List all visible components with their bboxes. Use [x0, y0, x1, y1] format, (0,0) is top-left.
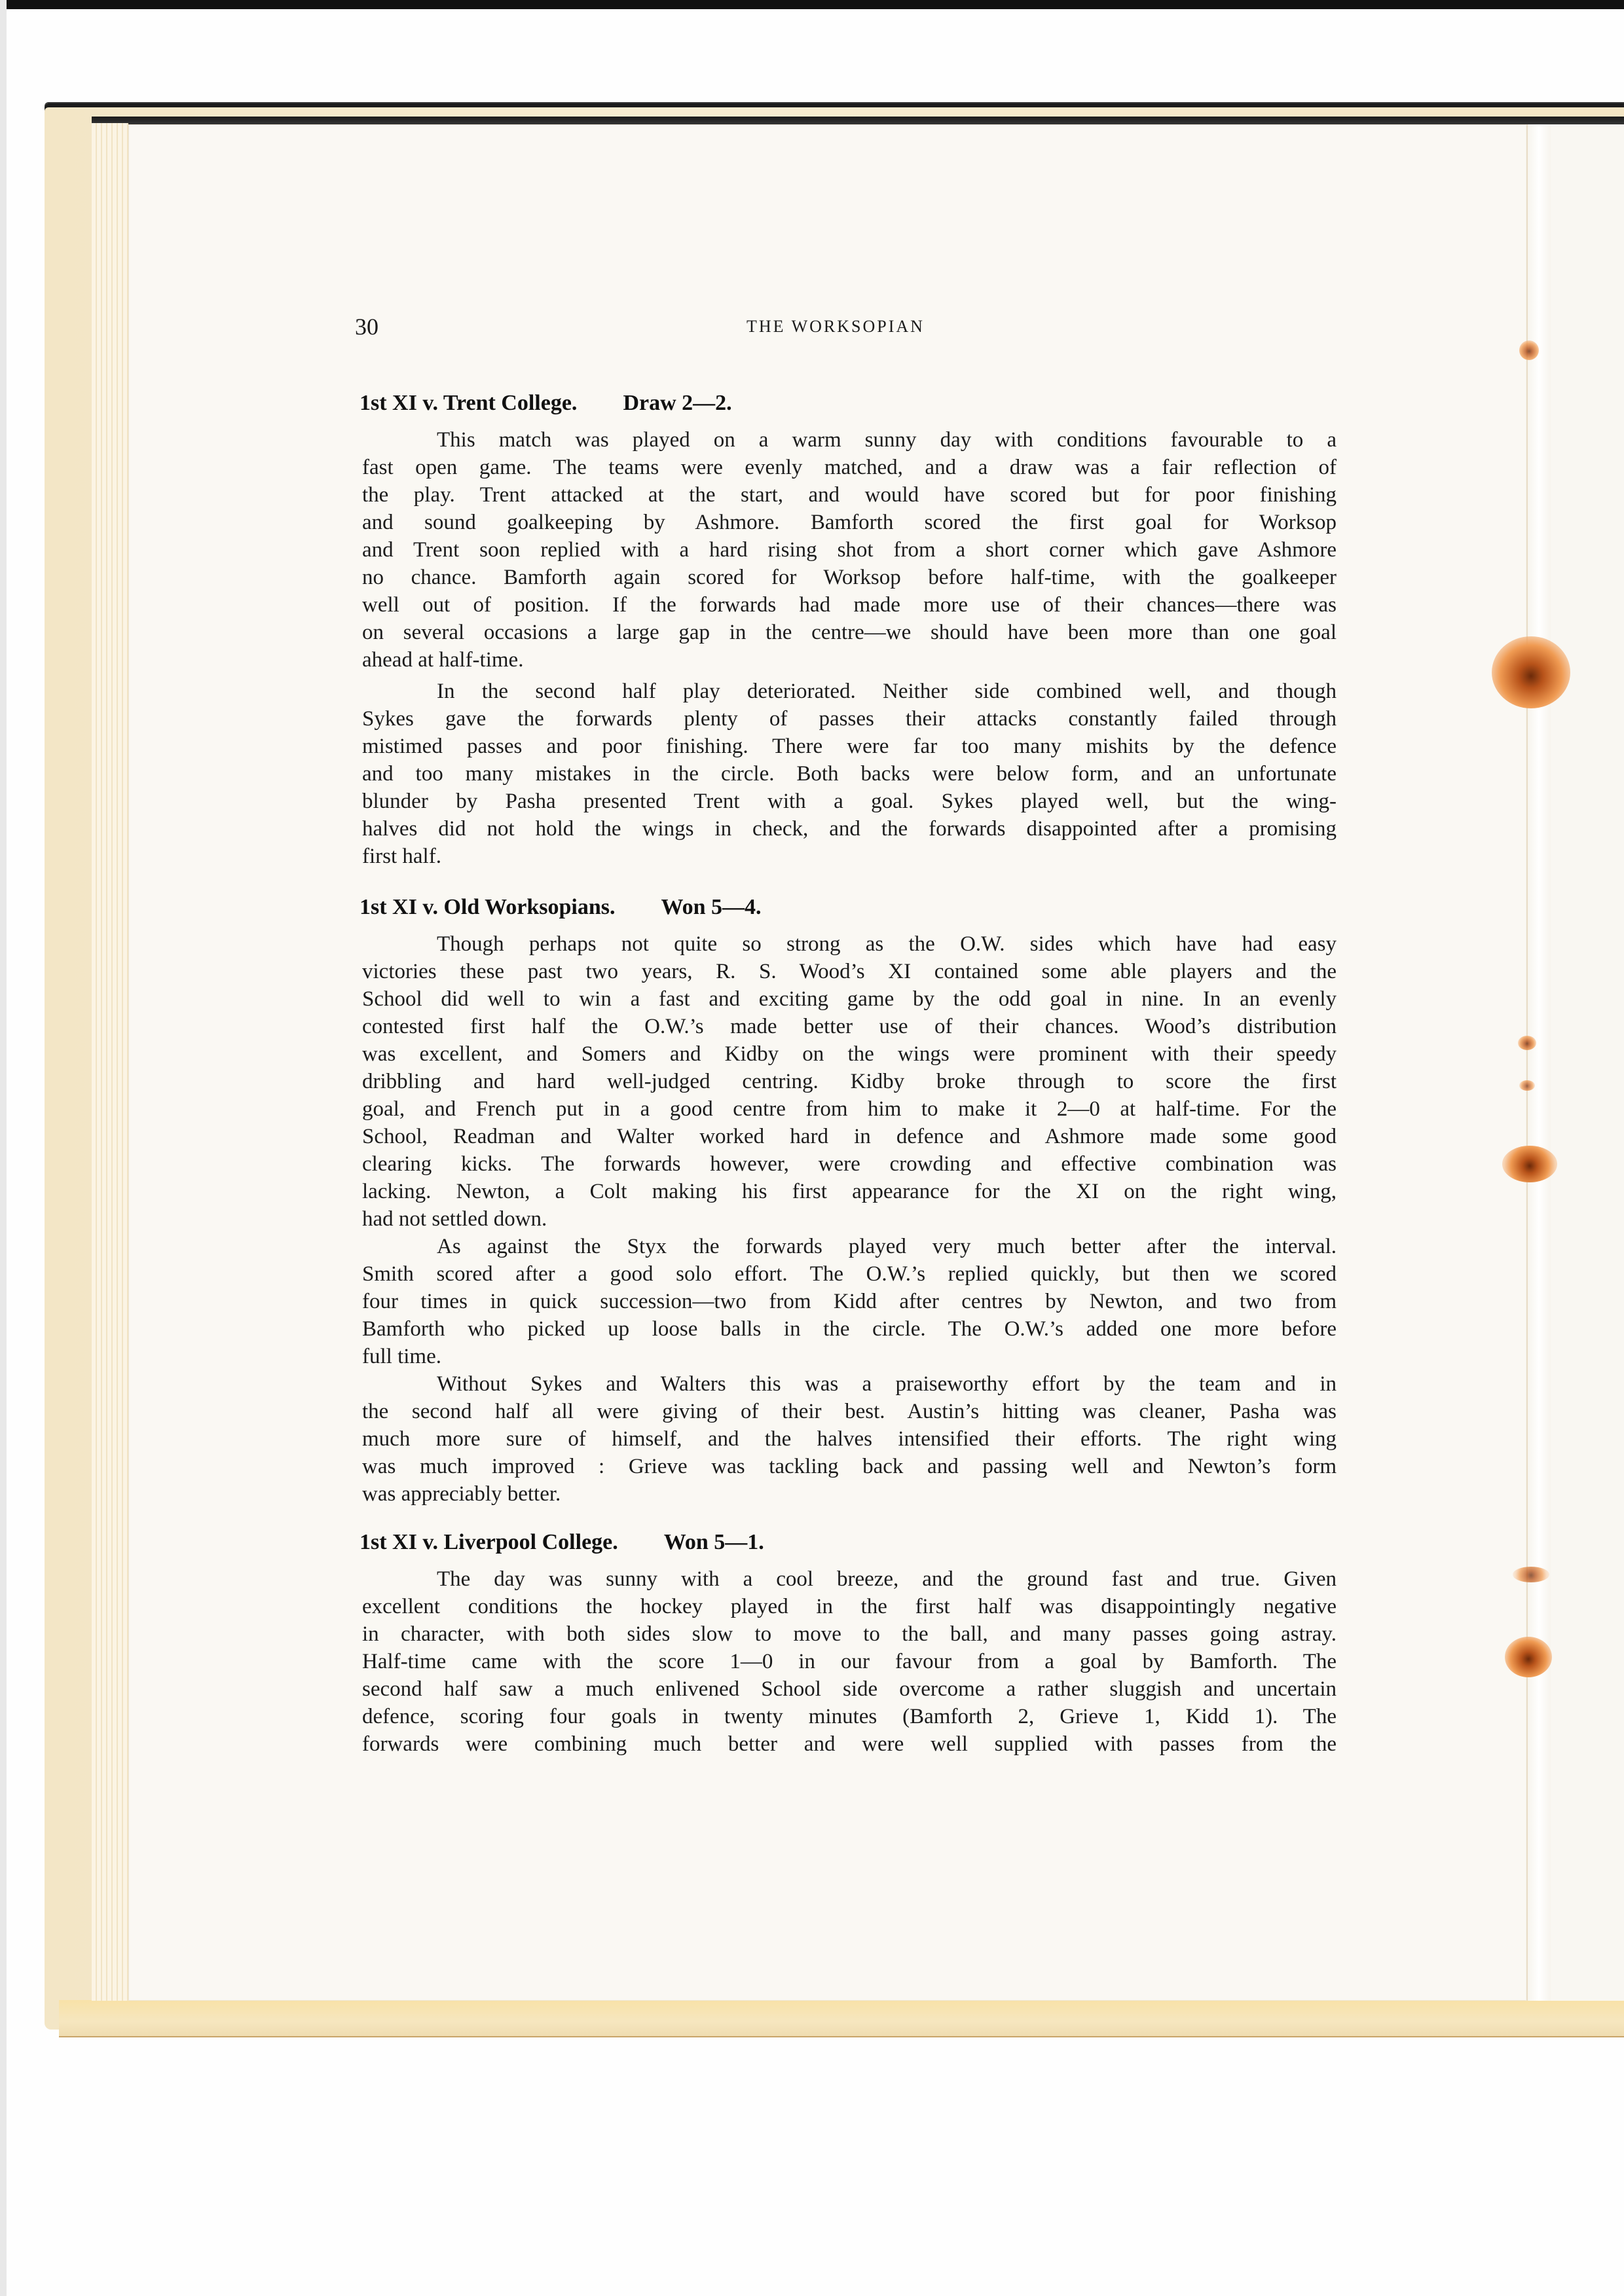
match-title: 1st XI v. Liverpool College. [360, 1530, 618, 1554]
match-result: Won 5—4. [661, 895, 762, 919]
rust-stain-icon [1513, 1567, 1549, 1582]
text-line: mistimed passes and poor finishing. Ther… [362, 732, 1337, 761]
rust-stain-icon [1505, 1637, 1552, 1677]
text-line: the second half all were giving of their… [362, 1397, 1337, 1426]
text-line: School did well to win a fast and exciti… [362, 985, 1337, 1013]
text-line: As against the Styx the forwards played … [437, 1232, 1337, 1261]
text-line: Smith scored after a good solo effort. T… [362, 1260, 1337, 1288]
text-line: Without Sykes and Walters this was a pra… [437, 1370, 1337, 1398]
text-line: fast open game. The teams were evenly ma… [362, 453, 1337, 482]
rust-stain-icon [1519, 1080, 1535, 1091]
text-line: blunder by Pasha presented Trent with a … [362, 787, 1337, 816]
rust-stain-icon [1518, 1036, 1536, 1050]
text-line: was appreciably better. [362, 1480, 1337, 1508]
running-head: 30 THE WORKSOPIAN [355, 313, 1337, 339]
rust-stain-icon [1519, 340, 1539, 360]
text-line: The day was sunny with a cool breeze, an… [437, 1565, 1337, 1594]
text-line: full time. [362, 1342, 1337, 1371]
book-cover-bottom-edge [59, 2000, 1624, 2037]
match-result: Draw 2—2. [623, 391, 731, 415]
rust-stain-icon [1492, 636, 1570, 708]
text-line: and too many mistakes in the circle. Bot… [362, 759, 1337, 788]
text-line: had not settled down. [362, 1205, 1337, 1233]
text-line: and sound goalkeeping by Ashmore. Bamfor… [362, 508, 1337, 537]
match-heading: 1st XI v. Liverpool College.Won 5—1. [360, 1528, 764, 1557]
text-line: in character, with both sides slow to mo… [362, 1620, 1337, 1649]
text-line: and Trent soon replied with a hard risin… [362, 536, 1337, 564]
text-line: well out of position. If the forwards ha… [362, 591, 1337, 619]
text-line: This match was played on a warm sunny da… [437, 426, 1337, 454]
rust-stain-icon [1502, 1146, 1557, 1182]
text-line: goal, and French put in a good centre fr… [362, 1095, 1337, 1123]
text-line: Bamforth who picked up loose balls in th… [362, 1315, 1337, 1343]
match-result: Won 5—1. [664, 1530, 764, 1554]
text-line: first half. [362, 842, 1337, 871]
text-line: was much improved : Grieve was tackling … [362, 1452, 1337, 1481]
text-line: In the second half play deteriorated. Ne… [437, 677, 1337, 706]
text-line: victories these past two years, R. S. Wo… [362, 957, 1337, 986]
text-line: Sykes gave the forwards plenty of passes… [362, 704, 1337, 733]
text-line: four times in quick succession—two from … [362, 1287, 1337, 1316]
match-heading: 1st XI v. Old Worksopians.Won 5—4. [360, 893, 762, 922]
facing-page-edge [1551, 124, 1624, 2001]
text-line: dribbling and hard well-judged centring.… [362, 1067, 1337, 1096]
page-number: 30 [355, 313, 378, 340]
text-line: the play. Trent attacked at the start, a… [362, 481, 1337, 509]
text-line: second half saw a much enlivened School … [362, 1675, 1337, 1704]
text-line: excellent conditions the hockey played i… [362, 1592, 1337, 1621]
text-line: was excellent, and Somers and Kidby on t… [362, 1040, 1337, 1068]
scan-left-edge [0, 0, 7, 2296]
text-line: contested first half the O.W.’s made bet… [362, 1012, 1337, 1041]
text-line: forwards were combining much better and … [362, 1730, 1337, 1758]
page-edges [92, 123, 128, 2001]
text-line: no chance. Bamforth again scored for Wor… [362, 563, 1337, 592]
text-line: School, Readman and Walter worked hard i… [362, 1122, 1337, 1151]
text-line: ahead at half-time. [362, 646, 1337, 674]
text-line: on several occasions a large gap in the … [362, 618, 1337, 647]
text-line: halves did not hold the wings in check, … [362, 814, 1337, 843]
gutter-fold-line [1526, 124, 1528, 2001]
text-line: defence, scoring four goals in twenty mi… [362, 1702, 1337, 1731]
text-line: clearing kicks. The forwards however, we… [362, 1150, 1337, 1178]
book-gutter [1526, 124, 1552, 2001]
match-title: 1st XI v. Trent College. [360, 391, 577, 415]
text-line: much more sure of himself, and the halve… [362, 1425, 1337, 1453]
text-line: lacking. Newton, a Colt making his first… [362, 1177, 1337, 1206]
match-title: 1st XI v. Old Worksopians. [360, 895, 616, 919]
match-heading: 1st XI v. Trent College.Draw 2—2. [360, 389, 732, 418]
journal-title: THE WORKSOPIAN [747, 317, 925, 337]
text-line: Half-time came with the score 1—0 in our… [362, 1647, 1337, 1676]
scan-top-edge [0, 0, 1624, 9]
text-line: Though perhaps not quite so strong as th… [437, 930, 1337, 958]
